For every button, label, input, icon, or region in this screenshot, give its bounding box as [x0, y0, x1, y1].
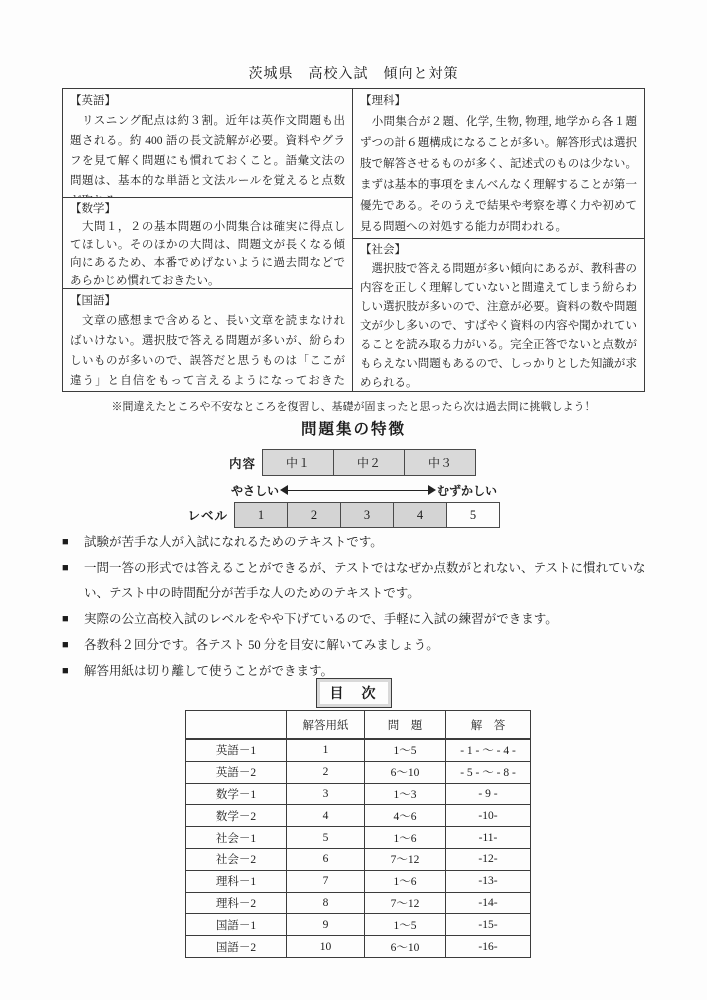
toc-cell-sheet: 10 [287, 936, 365, 958]
list-item: ■ 実際の公立高校入試のレベルをやや下げているので、手軽に入試の練習ができます。 [62, 607, 656, 632]
level-box-5: 5 [447, 503, 499, 527]
toc-cell-questions: 7～12 [365, 848, 446, 870]
subject-label-social: 【社会】 [360, 244, 406, 256]
document-page: 茨城県 高校入試 傾向と対策 【英語】 リスニング配点は約３割。近年は英作文問題… [0, 0, 707, 1000]
table-row: 英語－1 1 1～5 - 1 - ～ - 4 - [186, 739, 531, 761]
toc-cell-pages: -16- [446, 936, 531, 958]
double-arrow-icon [282, 490, 434, 492]
content-grade-row: 内容 中１ 中２ 中３ [185, 449, 476, 476]
toc-cell-pages: -15- [446, 914, 531, 936]
toc-cell-questions: 7～12 [365, 892, 446, 914]
toc-header-answer-sheet: 解答用紙 [287, 711, 365, 740]
table-row: 数学－2 4 4～6 -10- [186, 805, 531, 827]
toc-table-header: 解答用紙 問 題 解 答 [186, 711, 531, 740]
features-heading: 問題集の特徴 [0, 417, 707, 439]
bullet-text: 実際の公立高校入試のレベルをやや下げているので、手軽に入試の練習ができます。 [84, 612, 558, 626]
toc-cell-subject: 国語－1 [186, 914, 287, 936]
difficulty-arrow-row: やさしい むずかしい [231, 482, 497, 499]
toc-cell-subject: 社会－2 [186, 848, 287, 870]
subject-label-science: 【理科】 [360, 95, 406, 107]
subject-text-math: 大問１，２の基本問題の小問集合は確実に得点してほしい。そのほかの大問は、問題文が… [70, 218, 345, 289]
toc-cell-questions: 6～10 [365, 936, 446, 958]
difficulty-easy-label: やさしい [231, 482, 279, 499]
level-box-2: 2 [288, 503, 341, 527]
toc-cell-sheet: 5 [287, 827, 365, 849]
square-bullet-icon: ■ [62, 530, 69, 555]
toc-heading-box: 目 次 [316, 678, 392, 708]
table-row: 国語－2 10 6～10 -16- [186, 936, 531, 958]
subjects-right-column: 【理科】 小問集合が２題、化学, 生物, 物理, 地学から各１題ずつの計６題構成… [353, 89, 644, 391]
toc-cell-pages: - 5 - ～ - 8 - [446, 761, 531, 783]
bullet-text: 解答用紙は切り離して使うことができます。 [84, 664, 333, 678]
subject-label-math: 【数学】 [70, 203, 116, 215]
toc-cell-questions: 1～5 [365, 739, 446, 761]
level-box-1: 1 [235, 503, 288, 527]
subject-box-science: 【理科】 小問集合が２題、化学, 生物, 物理, 地学から各１題ずつの計６題構成… [353, 89, 644, 239]
toc-cell-questions: 4～6 [365, 805, 446, 827]
toc-cell-questions: 6～10 [365, 761, 446, 783]
bullet-text: 試験が苦手な人が入試になれるためのテキストです。 [84, 535, 383, 549]
toc-cell-questions: 1～3 [365, 783, 446, 805]
level-box-3: 3 [341, 503, 394, 527]
toc-cell-sheet: 7 [287, 870, 365, 892]
subject-box-social: 【社会】 選択肢で答える問題が多い傾向にあるが、教科書の内容を正しく理解していな… [353, 239, 644, 391]
toc-table: 解答用紙 問 題 解 答 英語－1 1 1～5 - 1 - ～ - 4 - 英語… [185, 710, 531, 958]
toc-header-blank [186, 711, 287, 740]
toc-cell-pages: - 1 - ～ - 4 - [446, 739, 531, 761]
toc-header-questions: 問 題 [365, 711, 446, 740]
list-item: ■ 一問一答の形式では答えることができるが、テストではなぜか点数がとれない、テス… [62, 556, 656, 606]
grade-box-2: 中２ [334, 450, 405, 475]
subject-text-social: 選択肢で答える問題が多い傾向にあるが、教科書の内容を正しく理解していないと間違え… [360, 260, 637, 391]
toc-cell-subject: 英語－1 [186, 739, 287, 761]
toc-cell-subject: 理科－1 [186, 870, 287, 892]
subject-text-english: リスニング配点は約３割。近年は英作文問題も出題される。約 400 語の長文読解が… [70, 111, 345, 198]
toc-header-answers: 解 答 [446, 711, 531, 740]
subject-label-japanese: 【国語】 [70, 295, 116, 307]
table-row: 理科－2 8 7～12 -14- [186, 892, 531, 914]
toc-cell-questions: 1～6 [365, 827, 446, 849]
subject-box-math: 【数学】 大問１，２の基本問題の小問集合は確実に得点してほしい。そのほかの大問は… [63, 198, 352, 289]
toc-cell-subject: 理科－2 [186, 892, 287, 914]
subject-text-japanese: 文章の感想まで含めると、長い文章を読まなければいけない。選択肢で答える問題が多い… [70, 311, 345, 391]
table-row: 社会－2 6 7～12 -12- [186, 848, 531, 870]
table-row: 理科－1 7 1～6 -13- [186, 870, 531, 892]
level-box-4: 4 [394, 503, 447, 527]
content-grade-boxes: 中１ 中２ 中３ [262, 449, 476, 476]
list-item: ■ 試験が苦手な人が入試になれるためのテキストです。 [62, 530, 656, 555]
level-scale-row: レベル 1 2 3 4 5 [157, 502, 500, 528]
toc-cell-subject: 数学－1 [186, 783, 287, 805]
toc-cell-pages: -10- [446, 805, 531, 827]
toc-cell-sheet: 3 [287, 783, 365, 805]
bullet-text: 各教科２回分です。各テスト 50 分を目安に解いてみましょう。 [84, 638, 439, 652]
subject-box-japanese: 【国語】 文章の感想まで含めると、長い文章を読まなければいけない。選択肢で答える… [63, 289, 352, 391]
content-label: 内容 [185, 454, 256, 472]
subject-overview-grid: 【英語】 リスニング配点は約３割。近年は英作文問題も出題される。約 400 語の… [62, 88, 645, 392]
difficulty-hard-label: むずかしい [437, 482, 497, 499]
toc-cell-questions: 1～5 [365, 914, 446, 936]
toc-cell-subject: 数学－2 [186, 805, 287, 827]
toc-cell-sheet: 9 [287, 914, 365, 936]
toc-cell-sheet: 2 [287, 761, 365, 783]
grade-box-1: 中１ [263, 450, 334, 475]
subject-box-english: 【英語】 リスニング配点は約３割。近年は英作文問題も出題される。約 400 語の… [63, 89, 352, 198]
table-row: 社会－1 5 1～6 -11- [186, 827, 531, 849]
table-row: 数学－1 3 1～3 - 9 - [186, 783, 531, 805]
toc-cell-sheet: 1 [287, 739, 365, 761]
toc-cell-sheet: 8 [287, 892, 365, 914]
toc-cell-sheet: 6 [287, 848, 365, 870]
square-bullet-icon: ■ [62, 556, 69, 581]
level-scale-boxes: 1 2 3 4 5 [234, 502, 500, 528]
toc-cell-sheet: 4 [287, 805, 365, 827]
toc-cell-pages: -11- [446, 827, 531, 849]
toc-cell-subject: 国語－2 [186, 936, 287, 958]
bullet-text: 一問一答の形式では答えることができるが、テストではなぜか点数がとれない、テストに… [84, 561, 646, 600]
page-title: 茨城県 高校入試 傾向と対策 [0, 63, 707, 83]
toc-cell-pages: - 9 - [446, 783, 531, 805]
square-bullet-icon: ■ [62, 633, 69, 658]
toc-cell-subject: 英語－2 [186, 761, 287, 783]
subjects-left-column: 【英語】 リスニング配点は約３割。近年は英作文問題も出題される。約 400 語の… [63, 89, 353, 391]
toc-cell-subject: 社会－1 [186, 827, 287, 849]
toc-cell-questions: 1～6 [365, 870, 446, 892]
review-note: ※間違えたところや不安なところを復習し、基礎が固まったと思ったら次は過去問に挑戦… [0, 398, 707, 414]
square-bullet-icon: ■ [62, 659, 69, 684]
table-row: 英語－2 2 6～10 - 5 - ～ - 8 - [186, 761, 531, 783]
table-row: 国語－1 9 1～5 -15- [186, 914, 531, 936]
toc-heading-label: 目 次 [320, 682, 388, 704]
subject-label-english: 【英語】 [70, 95, 116, 107]
list-item: ■ 各教科２回分です。各テスト 50 分を目安に解いてみましょう。 [62, 633, 656, 658]
square-bullet-icon: ■ [62, 607, 69, 632]
grade-box-3: 中３ [405, 450, 475, 475]
level-label: レベル [157, 506, 228, 524]
subject-text-science: 小問集合が２題、化学, 生物, 物理, 地学から各１題ずつの計６題構成になること… [360, 112, 637, 238]
toc-cell-pages: -13- [446, 870, 531, 892]
toc-cell-pages: -12- [446, 848, 531, 870]
feature-bullet-list: ■ 試験が苦手な人が入試になれるためのテキストです。 ■ 一問一答の形式では答え… [62, 530, 656, 685]
toc-cell-pages: -14- [446, 892, 531, 914]
